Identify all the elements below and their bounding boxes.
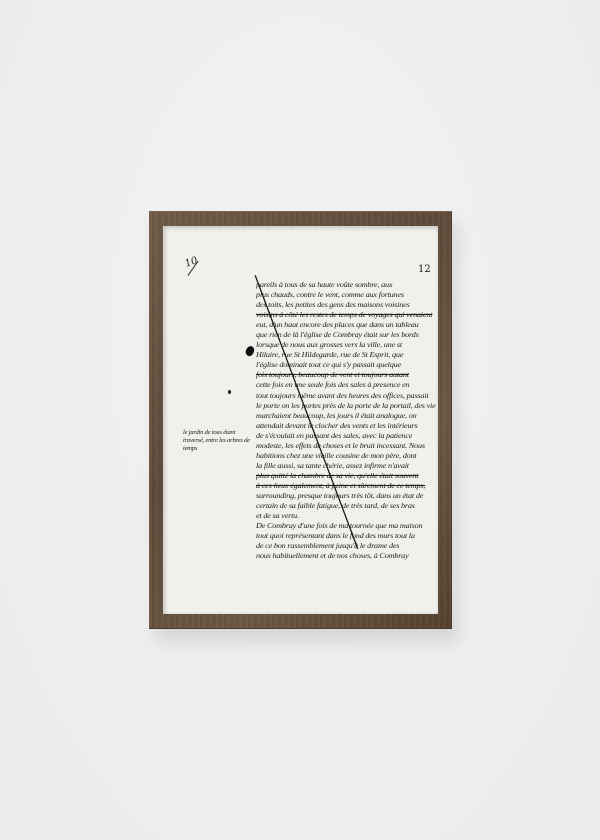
margin-note-line: traversé, entre les arbres de <box>183 437 255 445</box>
text-line: nous habituellement et de nos choses, à … <box>256 552 436 562</box>
text-line: certain de sa faible fatigue, de très ta… <box>256 501 436 511</box>
text-line-struck: à ces lieux également, à peine et sûreme… <box>256 481 436 491</box>
text-line: habitions chez une vieille cousine de mo… <box>256 451 436 461</box>
margin-note-line: temps <box>183 445 255 453</box>
margin-note-line: le jardin de tous étant <box>183 429 255 437</box>
text-line: la fille aussi, sa tante chérie, assez i… <box>256 461 436 471</box>
text-line: de s'écoulait en passant des sales, avec… <box>256 431 436 441</box>
text-line: plus chauds, contre le vent, comme aux f… <box>256 290 436 300</box>
text-line-struck: fois toujours, beaucoup de vent et toujo… <box>256 371 436 381</box>
handwritten-text: pareils à tous de sa haute voûte sombre,… <box>256 280 436 561</box>
text-line: eut, d'un haut encore des places que dan… <box>256 320 436 330</box>
text-line: marchaient beaucoup, les jours il était … <box>256 411 436 421</box>
text-line-struck: plus quitté la chambre de sa vie, qu'ell… <box>256 471 436 481</box>
text-line: que rien de là l'église de Combray était… <box>256 330 436 340</box>
text-line: et de sa vertu. <box>256 511 436 521</box>
text-line: Hilaire, rue St Hildegarde, rue de St Es… <box>256 351 436 361</box>
margin-note: le jardin de tous étant traversé, entre … <box>183 429 255 453</box>
page-number-left: 10 <box>184 255 200 270</box>
text-line: pareils à tous de sa haute voûte sombre,… <box>256 280 436 290</box>
text-line: modeste, les effets de choses et le brui… <box>256 441 436 451</box>
text-line: lorsque de nous aux grosses vers la vill… <box>256 341 436 351</box>
manuscript-page: 10 12 le jardin de tous étant traversé, … <box>163 226 438 614</box>
text-line: des toits, les petites des gens des mais… <box>256 300 436 310</box>
picture-frame: 10 12 le jardin de tous étant traversé, … <box>149 211 452 629</box>
text-line-struck: voisins à côté les restes de temps de vo… <box>256 310 436 320</box>
text-line: De Combray d'une fois de ma tournée que … <box>256 521 436 531</box>
text-line: surrounding, presque toujours très tôt, … <box>256 491 436 501</box>
text-line: tout toujours même avant des heures des … <box>256 391 436 401</box>
text-line: attendait devant le clocher des vents et… <box>256 421 436 431</box>
text-line: de ce bon rassemblement jusqu'à le drame… <box>256 541 436 551</box>
text-line: cette fois en une seule fois des sales à… <box>256 381 436 391</box>
ink-dot <box>228 390 231 394</box>
text-line: tout quoi représentant dans le fond des … <box>256 531 436 541</box>
text-line: l'église dominait tout ce qui s'y passai… <box>256 361 436 371</box>
text-line: le porte on les portes près de la porte … <box>256 401 436 411</box>
page-number-right: 12 <box>418 264 431 275</box>
ink-blot <box>244 345 256 358</box>
